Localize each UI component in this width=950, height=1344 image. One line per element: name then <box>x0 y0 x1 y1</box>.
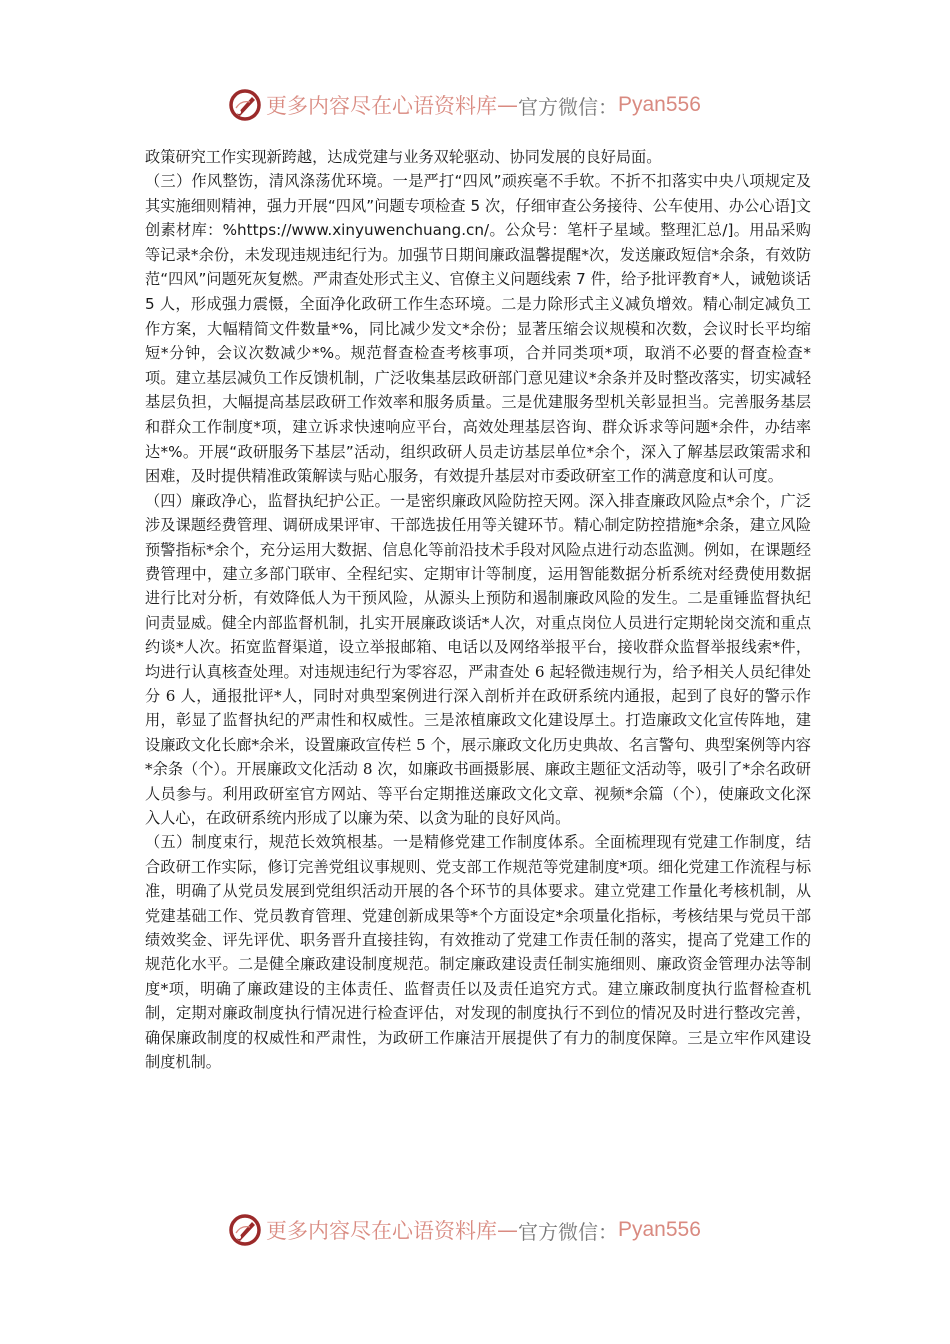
document-body: 政策研究工作实现新跨越，达成党建与业务双轮驱动、协同发展的良好局面。 （三）作风… <box>145 145 811 1074</box>
banner-wechat-id: Pyan556 <box>618 1218 701 1242</box>
paragraph-section-3: （三）作风整饬，清风涤荡优环境。一是严打“四风”顽疾毫不手软。不折不扣落实中央八… <box>145 169 811 489</box>
banner-wechat-label: 官方微信： <box>518 91 618 120</box>
paragraph-section-4: （四）廉政净心，监督执纪护公正。一是密织廉政风险防控天网。深入排查廉政风险点*余… <box>145 489 811 831</box>
footer-watermark-banner: 更多内容尽在心语资料库 — 官方微信： Pyan556 <box>228 1210 708 1250</box>
header-watermark-banner: 更多内容尽在心语资料库 — 官方微信： Pyan556 <box>228 85 708 125</box>
banner-slogan: 更多内容尽在心语资料库 <box>266 1215 497 1245</box>
paragraph-continuation: 政策研究工作实现新跨越，达成党建与业务双轮驱动、协同发展的良好局面。 <box>145 145 811 169</box>
banner-slogan: 更多内容尽在心语资料库 <box>266 90 497 120</box>
banner-dash: — <box>497 93 518 117</box>
quill-pen-logo-icon <box>228 88 262 122</box>
paragraph-section-5: （五）制度束行，规范长效筑根基。一是精修党建工作制度体系。全面梳理现有党建工作制… <box>145 830 811 1074</box>
quill-pen-logo-icon <box>228 1213 262 1247</box>
banner-wechat-label: 官方微信： <box>518 1216 618 1245</box>
banner-dash: — <box>497 1218 518 1242</box>
banner-wechat-id: Pyan556 <box>618 93 701 117</box>
